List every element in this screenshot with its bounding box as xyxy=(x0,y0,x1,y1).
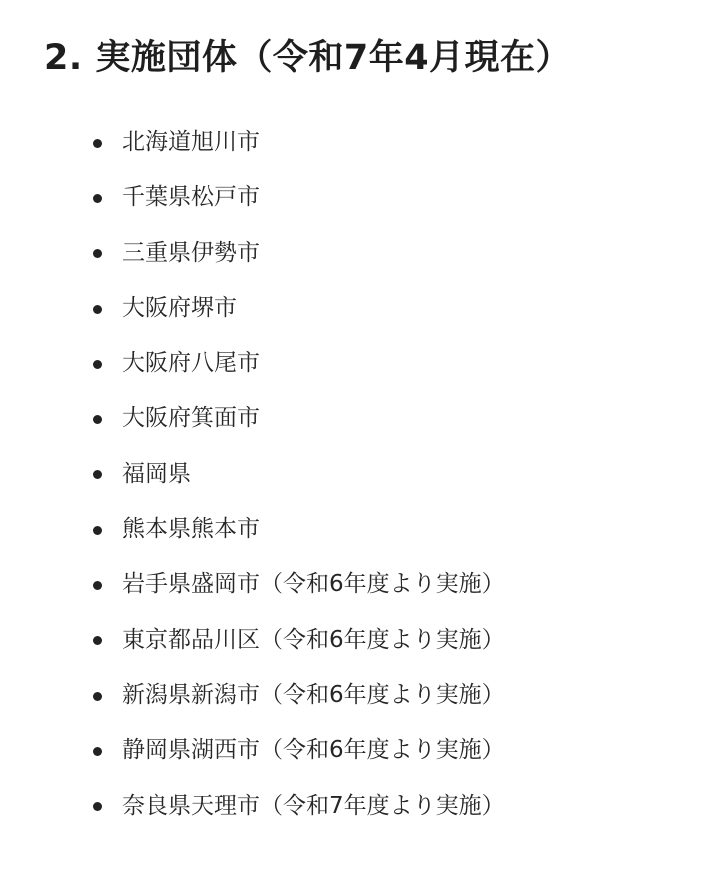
list-item: 静岡県湖西市（令和6年度より実施） xyxy=(0,723,505,778)
list-item-label: 北海道旭川市 xyxy=(122,129,260,155)
list-item-label: 奈良県天理市（令和7年度より実施） xyxy=(122,793,505,819)
bullet-icon xyxy=(93,470,102,479)
bullet-icon xyxy=(93,415,102,424)
bullet-icon xyxy=(93,636,102,645)
list-item: 大阪府八尾市 xyxy=(0,336,505,391)
list-item: 熊本県熊本市 xyxy=(0,502,505,557)
list-item-label: 大阪府箕面市 xyxy=(122,405,260,431)
list-item: 東京都品川区（令和6年度より実施） xyxy=(0,613,505,668)
bullet-icon xyxy=(93,305,102,314)
list-item-label: 大阪府堺市 xyxy=(122,295,237,321)
bullet-icon xyxy=(93,581,102,590)
bullet-icon xyxy=(93,692,102,701)
bullet-icon xyxy=(93,360,102,369)
list-item: 岩手県盛岡市（令和6年度より実施） xyxy=(0,557,505,612)
implementing-organizations-list: 北海道旭川市 千葉県松戸市 三重県伊勢市 大阪府堺市 大阪府八尾市 大阪府箕面市… xyxy=(0,115,505,834)
list-item-label: 新潟県新潟市（令和6年度より実施） xyxy=(122,682,505,708)
bullet-icon xyxy=(93,194,102,203)
bullet-icon xyxy=(93,526,102,535)
section-heading: 2. 実施団体（令和7年4月現在） xyxy=(44,28,571,88)
list-item-label: 東京都品川区（令和6年度より実施） xyxy=(122,627,505,653)
list-item: 三重県伊勢市 xyxy=(0,226,505,281)
list-item: 新潟県新潟市（令和6年度より実施） xyxy=(0,668,505,723)
list-item: 千葉県松戸市 xyxy=(0,170,505,225)
bullet-icon xyxy=(93,747,102,756)
list-item-label: 大阪府八尾市 xyxy=(122,350,260,376)
list-item-label: 静岡県湖西市（令和6年度より実施） xyxy=(122,737,505,763)
list-item: 大阪府箕面市 xyxy=(0,391,505,446)
list-item: 福岡県 xyxy=(0,447,505,502)
list-item-label: 三重県伊勢市 xyxy=(122,240,260,266)
bullet-icon xyxy=(93,802,102,811)
bullet-icon xyxy=(93,139,102,148)
list-item: 北海道旭川市 xyxy=(0,115,505,170)
list-item-label: 福岡県 xyxy=(122,461,191,487)
list-item-label: 熊本県熊本市 xyxy=(122,516,260,542)
list-item: 奈良県天理市（令和7年度より実施） xyxy=(0,779,505,834)
list-item-label: 千葉県松戸市 xyxy=(122,184,260,210)
list-item: 大阪府堺市 xyxy=(0,281,505,336)
bullet-icon xyxy=(93,249,102,258)
list-item-label: 岩手県盛岡市（令和6年度より実施） xyxy=(122,571,505,597)
